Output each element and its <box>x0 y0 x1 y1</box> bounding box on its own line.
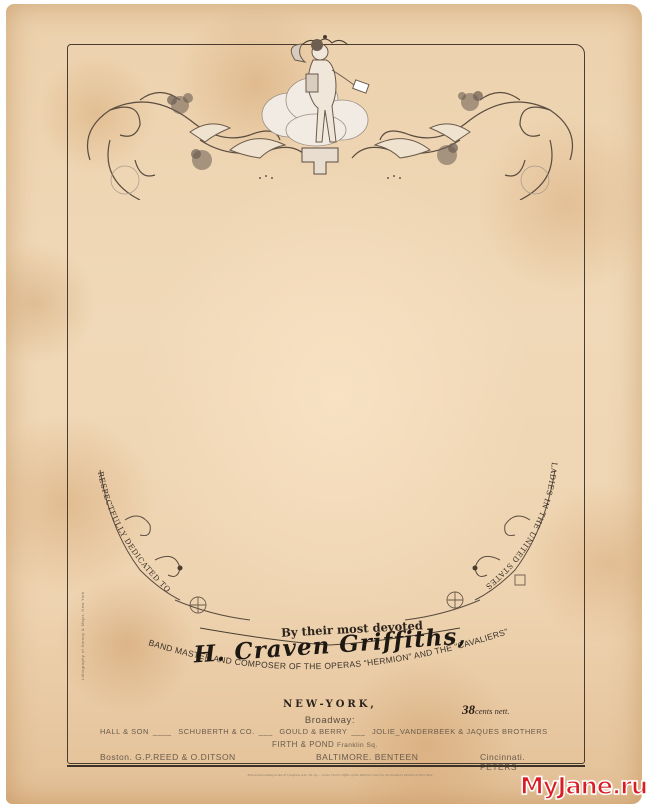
publisher-city: NEW-YORK, <box>260 699 400 710</box>
side-credit: Lithography of Sarony & Major, New York <box>80 591 85 680</box>
firth-pond: FIRTH & POND Franklin Sq. <box>272 740 378 749</box>
price-unit: cents nett. <box>475 706 509 716</box>
publisher-street: Broadway: <box>280 715 380 726</box>
separator: ___ <box>259 727 273 736</box>
cherub-illustration-icon <box>80 30 580 200</box>
copyright-notice: Entered according to Act of Congress A.D… <box>205 773 475 777</box>
watermark-logo: MyJane.ru <box>520 772 647 800</box>
agents-row: HALL & SON____ SCHUBERTH & CO.___ GOULD … <box>100 727 550 736</box>
separator: ____ <box>153 727 172 736</box>
agent: HALL & SON <box>100 727 149 736</box>
price-label: 38cents nett. <box>462 702 509 718</box>
cities-row: Boston. G.P.REED & O.DITSON BALTIMORE. B… <box>100 752 555 764</box>
scroll-ornament-icon <box>80 450 580 650</box>
agent: JOLIE_VANDERBEEK & JAQUES BROTHERS <box>372 727 548 736</box>
price-number: 38 <box>462 702 475 717</box>
agent: GOULD & BERRY <box>279 727 347 736</box>
separator: ___ <box>351 727 365 736</box>
agent-boston: Boston. G.P.REED & O.DITSON <box>100 752 236 762</box>
agent: SCHUBERTH & CO. <box>178 727 255 736</box>
agent-baltimore: BALTIMORE. BENTEEN <box>316 752 418 762</box>
agent-cincinnati: Cincinnati. PETERS <box>480 752 555 772</box>
firth-name: FIRTH & POND <box>272 740 334 749</box>
bottom-rule <box>67 765 585 767</box>
firth-address: Franklin Sq. <box>337 742 378 749</box>
